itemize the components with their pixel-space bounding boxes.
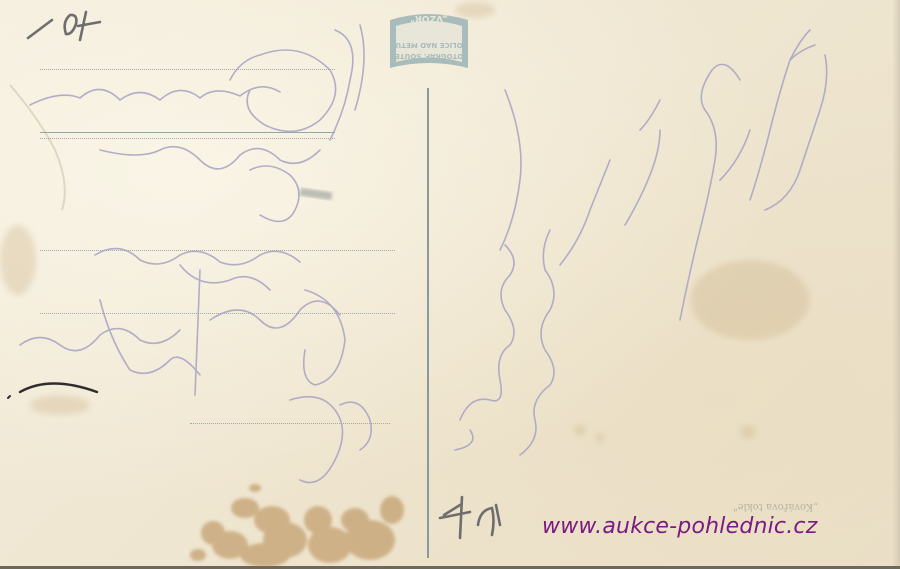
watermark-url: www.aukce-pohlednic.cz: [542, 514, 817, 539]
printer-imprint: „Kovářova tokle": [733, 501, 818, 512]
postcard-back: FOTOGRAF. SOUTĚŽ POLICE NAD METUJÍ „VZOR…: [0, 0, 900, 569]
card-edge-right: [892, 0, 900, 569]
pencil-marks: [0, 0, 900, 569]
